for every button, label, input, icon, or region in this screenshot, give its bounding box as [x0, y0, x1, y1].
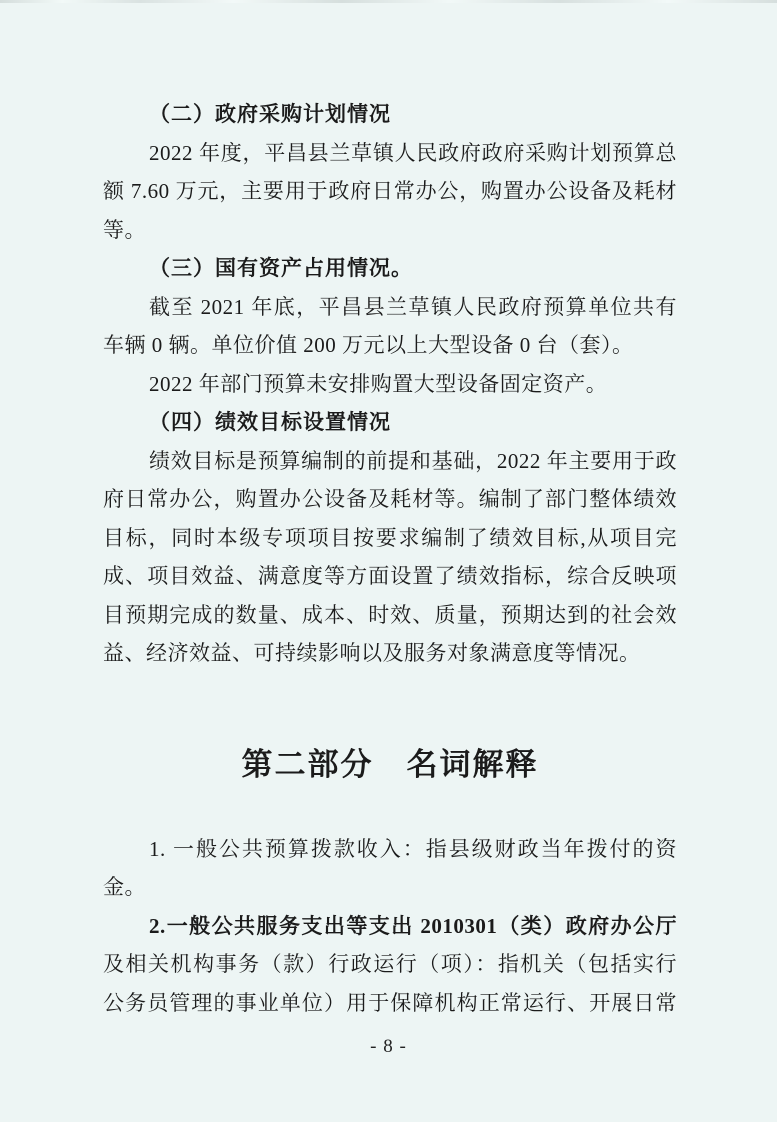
body-line: 2.一般公共服务支出等支出 2010301（类）政府办公厅 [103, 907, 677, 946]
section-heading: （二）政府采购计划情况 [103, 95, 677, 134]
section-heading: （四）绩效目标设置情况 [103, 403, 677, 442]
body-line: 2022 年部门预算未安排购置大型设备固定资产。 [103, 365, 677, 404]
body-line: 府日常办公，购置办公设备及耗材等。编制了部门整体绩效 [103, 480, 677, 519]
body-line: 2022 年度，平昌县兰草镇人民政府政府采购计划预算总 [103, 134, 677, 173]
body-line: 额 7.60 万元，主要用于政府日常办公，购置办公设备及耗材 [103, 172, 677, 211]
body-line: 1. 一般公共预算拨款收入：指县级财政当年拨付的资 [103, 830, 677, 869]
scan-edge-artifact [0, 0, 777, 3]
body-line: 绩效目标是预算编制的前提和基础，2022 年主要用于政 [103, 442, 677, 481]
body-line: 车辆 0 辆。单位价值 200 万元以上大型设备 0 台（套）。 [103, 326, 677, 365]
document-page: （二）政府采购计划情况2022 年度，平昌县兰草镇人民政府政府采购计划预算总额 … [0, 0, 777, 1122]
body-line: 成、项目效益、满意度等方面设置了绩效指标，综合反映项 [103, 557, 677, 596]
document-body: （二）政府采购计划情况2022 年度，平昌县兰草镇人民政府政府采购计划预算总额 … [103, 95, 677, 1022]
body-line: 金。 [103, 868, 677, 907]
page-number: - 8 - [0, 1036, 777, 1058]
body-line: 等。 [103, 211, 677, 250]
body-line: 截至 2021 年底，平昌县兰草镇人民政府预算单位共有 [103, 288, 677, 327]
body-line: 及相关机构事务（款）行政运行（项）：指机关（包括实行 [103, 945, 677, 984]
part-title: 第二部分 名词解释 [103, 743, 677, 787]
body-line: 目预期完成的数量、成本、时效、质量，预期达到的社会效 [103, 596, 677, 635]
body-line: 目标，同时本级专项项目按要求编制了绩效目标,从项目完 [103, 519, 677, 558]
body-line: 益、经济效益、可持续影响以及服务对象满意度等情况。 [103, 634, 677, 673]
section-heading: （三）国有资产占用情况。 [103, 249, 677, 288]
body-line: 公务员管理的事业单位）用于保障机构正常运行、开展日常 [103, 984, 677, 1023]
